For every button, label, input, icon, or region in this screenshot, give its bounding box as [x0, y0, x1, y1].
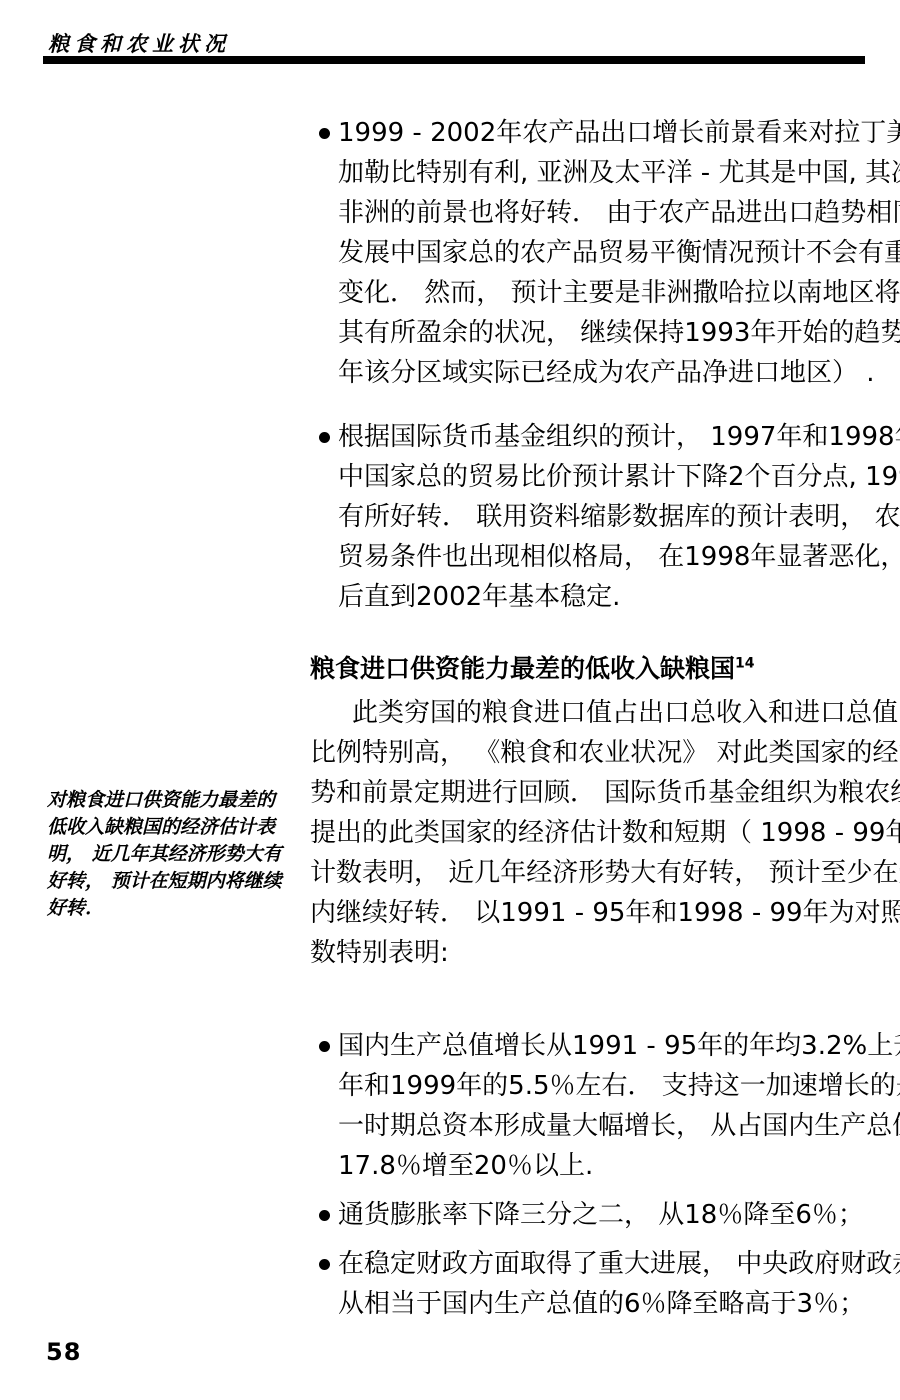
- text-line: 根据国际货币基金组织的预计， 1997年和1998年发展: [310, 417, 865, 457]
- text-line: 变化． 然而， 预计主要是非洲撒哈拉以南地区将加强: [310, 273, 865, 313]
- margin-note-line: 对粮食进口供资能力最差的: [47, 787, 275, 814]
- bullet-item: 1999 - 2002年农产品出口增长前景看来对拉丁美洲及加勒比特别有利, 亚洲…: [310, 113, 865, 393]
- text-line: 后直到2002年基本稳定.: [310, 577, 865, 617]
- text-line: 在稳定财政方面取得了重大进展， 中央政府财政赤字: [310, 1244, 865, 1284]
- margin-note-line: 明， 近几年其经济形势大有: [47, 841, 275, 868]
- bullet-item: 在稳定财政方面取得了重大进展， 中央政府财政赤字从相当于国内生产总值的6％降至略…: [310, 1244, 865, 1324]
- footnote-reference: 14: [735, 656, 754, 672]
- section-heading-text: 粮食进口供资能力最差的低收入缺粮国: [310, 654, 735, 683]
- text-line: 一时期总资本形成量大幅增长， 从占国内生产总值的: [310, 1106, 865, 1146]
- text-line: 有所好转． 联用资料缩影数据库的预计表明， 农产品: [310, 497, 865, 537]
- bullet-icon: [319, 1210, 330, 1221]
- bullet-icon: [319, 128, 330, 139]
- section-heading: 粮食进口供资能力最差的低收入缺粮国14: [310, 649, 865, 689]
- text-line: 比例特别高， 《粮食和农业状况》 对此类国家的经济形: [310, 733, 865, 773]
- text-line: 势和前景定期进行回顾． 国际货币基金组织为粮农组织: [310, 773, 865, 813]
- margin-note-line: 好转， 预计在短期内将继续: [47, 868, 275, 895]
- body-paragraph: 此类穷国的粮食进口值占出口总收入和进口总值的比例特别高， 《粮食和农业状况》 对…: [310, 693, 865, 973]
- text-line: 中国家总的贸易比价预计累计下降2个百分点, 1999年: [310, 457, 865, 497]
- text-line: 内继续好转． 以1991 - 95年和1998 - 99年为对照， 预计: [310, 893, 865, 933]
- text-line: 年该分区域实际已经成为农产品净进口地区） .: [310, 353, 865, 393]
- text-line: 通货膨胀率下降三分之二， 从18％降至6％；: [310, 1195, 865, 1235]
- bullet-item: 通货膨胀率下降三分之二， 从18％降至6％；: [310, 1195, 865, 1235]
- bullet-item: 国内生产总值增长从1991 - 95年的年均3.2%上升到1998年和1999年…: [310, 1026, 865, 1186]
- bullet-icon: [319, 1041, 330, 1052]
- margin-note-line: 低收入缺粮国的经济估计表: [47, 814, 275, 841]
- bullet-icon: [319, 432, 330, 443]
- running-head: 粮食和农业状况: [48, 28, 230, 58]
- margin-note-line: 好转．: [47, 895, 275, 922]
- document-page: 粮食和农业状况 对粮食进口供资能力最差的低收入缺粮国的经济估计表明， 近几年其经…: [0, 0, 900, 1400]
- text-line: 提出的此类国家的经济估计数和短期（ 1998 - 99年） 预: [310, 813, 865, 853]
- text-line: 1999 - 2002年农产品出口增长前景看来对拉丁美洲及: [310, 113, 865, 153]
- bullet-icon: [319, 1259, 330, 1270]
- main-column: 1999 - 2002年农产品出口增长前景看来对拉丁美洲及加勒比特别有利, 亚洲…: [310, 0, 865, 1400]
- text-line: 年和1999年的5.5％左右． 支持这一加速增长的是在同: [310, 1066, 865, 1106]
- text-line: 此类穷国的粮食进口值占出口总收入和进口总值的: [310, 693, 865, 733]
- text-line: 计数表明， 近几年经济形势大有好转， 预计至少在短期: [310, 853, 865, 893]
- text-line: 发展中国家总的农产品贸易平衡情况预计不会有重大: [310, 233, 865, 273]
- text-line: 加勒比特别有利, 亚洲及太平洋 - 尤其是中国, 其次是: [310, 153, 865, 193]
- bullet-item: 根据国际货币基金组织的预计， 1997年和1998年发展中国家总的贸易比价预计累…: [310, 417, 865, 617]
- text-line: 贸易条件也出现相似格局， 在1998年显著恶化， 但此: [310, 537, 865, 577]
- text-line: 其有所盈余的状况， 继续保持1993年开始的趋势（ 1992: [310, 313, 865, 353]
- page-number: 58: [46, 1338, 81, 1366]
- margin-note: 对粮食进口供资能力最差的低收入缺粮国的经济估计表明， 近几年其经济形势大有好转，…: [47, 787, 275, 922]
- text-line: 从相当于国内生产总值的6％降至略高于3％；: [310, 1284, 865, 1324]
- text-line: 17.8％增至20％以上.: [310, 1146, 865, 1186]
- text-line: 国内生产总值增长从1991 - 95年的年均3.2%上升到1998: [310, 1026, 865, 1066]
- text-line: 数特别表明:: [310, 933, 865, 973]
- text-line: 非洲的前景也将好转． 由于农产品进出口趋势相同,: [310, 193, 865, 233]
